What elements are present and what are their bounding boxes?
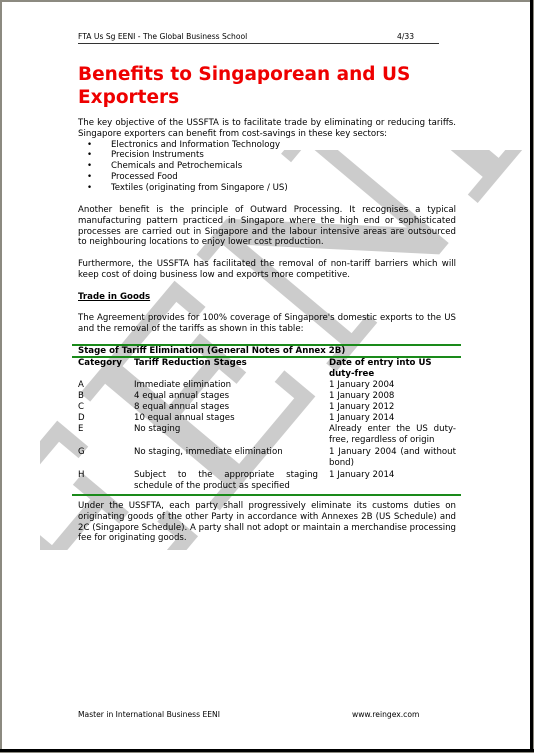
- table-row: D10 equal annual stages1 January 2014: [72, 413, 461, 424]
- table-rule-bottom: [72, 494, 461, 496]
- table-header-row: Category Tariff Reduction Stages Date of…: [72, 358, 461, 369]
- sector-item: Processed Food: [78, 172, 456, 183]
- cell-date: Already enter the US duty-free, regardle…: [329, 424, 456, 446]
- cell-stage: No staging: [134, 424, 318, 435]
- cell-date: 1 January 2004: [329, 380, 456, 391]
- sector-item: Electronics and Information Technology: [78, 140, 456, 151]
- table-body: AImmediate elimination1 January 2004B4 e…: [72, 380, 461, 492]
- header-title: FTA Us Sg EENI - The Global Business Sch…: [78, 32, 247, 41]
- page-title: Benefits to Singaporean and US Exporters: [78, 63, 458, 109]
- cell-stage: 8 equal annual stages: [134, 402, 318, 413]
- cell-date: 1 January 2014: [329, 413, 456, 424]
- cell-category: A: [78, 380, 84, 391]
- intro-section: The key objective of the USSFTA is to fa…: [78, 118, 456, 194]
- table-row: B4 equal annual stages1 January 2008: [72, 391, 461, 402]
- col-date: Date of entry into US duty-free: [329, 358, 456, 380]
- cell-stage: No staging, immediate elimination: [134, 447, 318, 458]
- table-caption: Stage of Tariff Elimination (General Not…: [72, 346, 461, 356]
- table-row: AImmediate elimination1 January 2004: [72, 380, 461, 391]
- footer-url[interactable]: www.reingex.com: [352, 710, 419, 719]
- closing-paragraph: Under the USSFTA, each party shall progr…: [78, 501, 456, 544]
- cell-date: 1 January 2012: [329, 402, 456, 413]
- agreement-paragraph: The Agreement provides for 100% coverage…: [78, 313, 456, 335]
- table-row: C8 equal annual stages1 January 2012: [72, 402, 461, 413]
- cell-category: E: [78, 424, 83, 435]
- table-row: GNo staging, immediate elimination1 Janu…: [72, 447, 461, 469]
- cell-category: B: [78, 391, 84, 402]
- cell-stage: Subject to the appropriate staging sched…: [134, 470, 318, 492]
- page-header: FTA Us Sg EENI - The Global Business Sch…: [78, 32, 456, 41]
- cell-category: G: [78, 447, 85, 458]
- cell-date: 1 January 2014: [329, 470, 456, 481]
- cell-category: C: [78, 402, 84, 413]
- col-category: Category: [78, 358, 122, 369]
- cell-stage: 4 equal annual stages: [134, 391, 318, 402]
- trade-in-goods-heading: Trade in Goods: [78, 292, 150, 303]
- intro-paragraph: The key objective of the USSFTA is to fa…: [78, 118, 456, 140]
- non-tariff-paragraph: Furthermore, the USSFTA has facilitated …: [78, 259, 456, 281]
- table-row: ENo stagingAlready enter the US duty-fre…: [72, 424, 461, 446]
- table-row: HSubject to the appropriate staging sche…: [72, 470, 461, 492]
- cell-date: 1 January 2004 (and without bond): [329, 447, 456, 469]
- cell-stage: Immediate elimination: [134, 380, 318, 391]
- cell-stage: 10 equal annual stages: [134, 413, 318, 424]
- tariff-table: Stage of Tariff Elimination (General Not…: [72, 344, 461, 496]
- cell-category: H: [78, 470, 84, 481]
- footer-left: Master in International Business EENI: [78, 710, 220, 719]
- page-number: 4/33: [397, 32, 414, 41]
- sector-item: Chemicals and Petrochemicals: [78, 161, 456, 172]
- sector-item: Textiles (originating from Singapore / U…: [78, 183, 456, 194]
- cell-category: D: [78, 413, 85, 424]
- sector-list: Electronics and Information TechnologyPr…: [78, 140, 456, 194]
- sector-item: Precision Instruments: [78, 150, 456, 161]
- header-rule: [78, 43, 439, 44]
- outward-processing-paragraph: Another benefit is the principle of Outw…: [78, 205, 456, 248]
- page-footer: Master in International Business EENI ww…: [78, 710, 456, 719]
- cell-date: 1 January 2008: [329, 391, 456, 402]
- col-stages: Tariff Reduction Stages: [134, 358, 318, 369]
